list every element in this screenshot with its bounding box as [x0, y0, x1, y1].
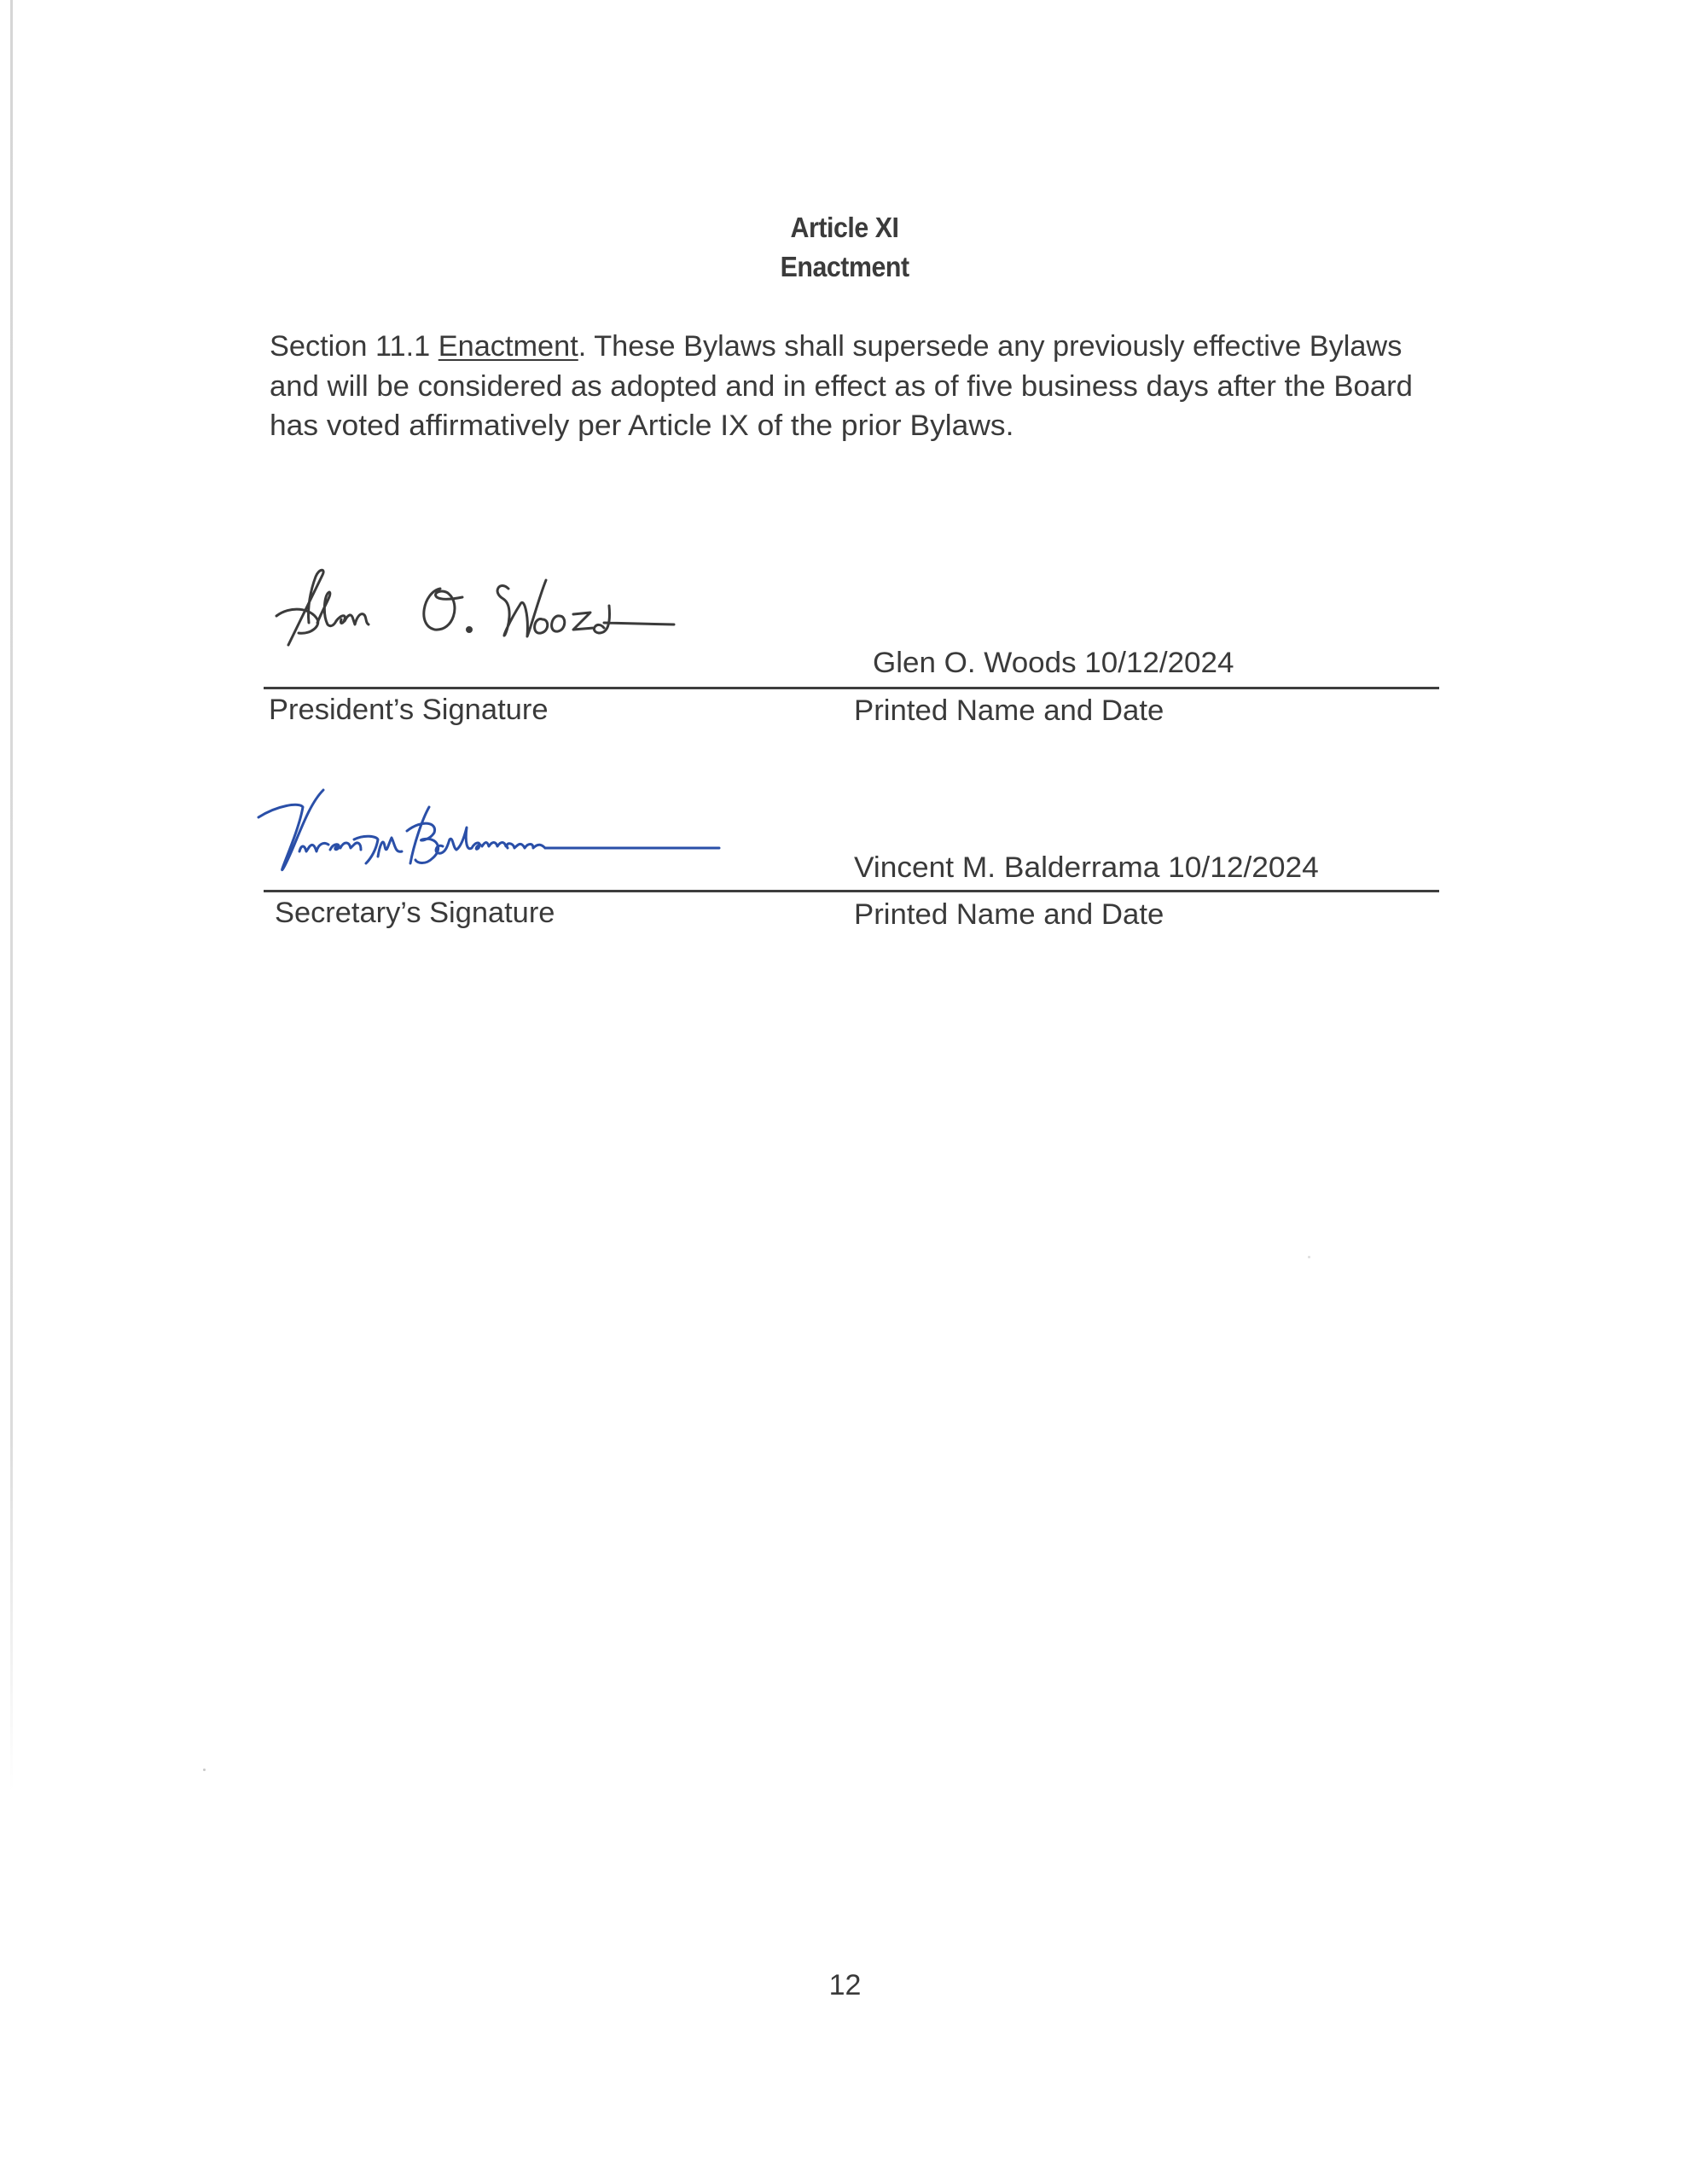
paragraph-line: Section 11.1 Enactment. These Bylaws sha…: [270, 332, 1402, 361]
article-heading: Article XI: [0, 213, 1690, 241]
paragraph-text: . These Bylaws shall supersede any previ…: [578, 330, 1403, 363]
secretary-signature-label: Secretary’s Signature: [275, 898, 555, 927]
signature-line: [264, 687, 1439, 689]
secretary-printed-name-value: Vincent M. Balderrama 10/12/2024: [854, 853, 1319, 882]
paragraph-line: and will be considered as adopted and in…: [270, 372, 1413, 401]
signature-line: [264, 890, 1439, 892]
scan-speck: [203, 1769, 206, 1771]
section-number: Section 11.1: [270, 330, 438, 363]
president-printed-name-label: Printed Name and Date: [854, 696, 1164, 725]
paragraph-line: has voted affirmatively per Article IX o…: [270, 411, 1013, 440]
paragraph-text: has voted affirmatively per Article IX o…: [270, 409, 1013, 442]
scan-speck: [1308, 1256, 1310, 1258]
article-title-text: Enactment: [781, 253, 909, 281]
article-number: Article XI: [791, 213, 899, 241]
article-title: Enactment: [0, 253, 1690, 281]
president-signature-label: President’s Signature: [269, 695, 549, 724]
paragraph-text: and will be considered as adopted and in…: [270, 370, 1413, 403]
section-title: Enactment: [438, 330, 578, 363]
president-signature: [273, 563, 768, 665]
secretary-printed-name-label: Printed Name and Date: [854, 900, 1164, 929]
president-printed-name-value: Glen O. Woods 10/12/2024: [873, 648, 1234, 677]
page-number: 12: [0, 1971, 1690, 2000]
secretary-signature: [252, 785, 729, 879]
